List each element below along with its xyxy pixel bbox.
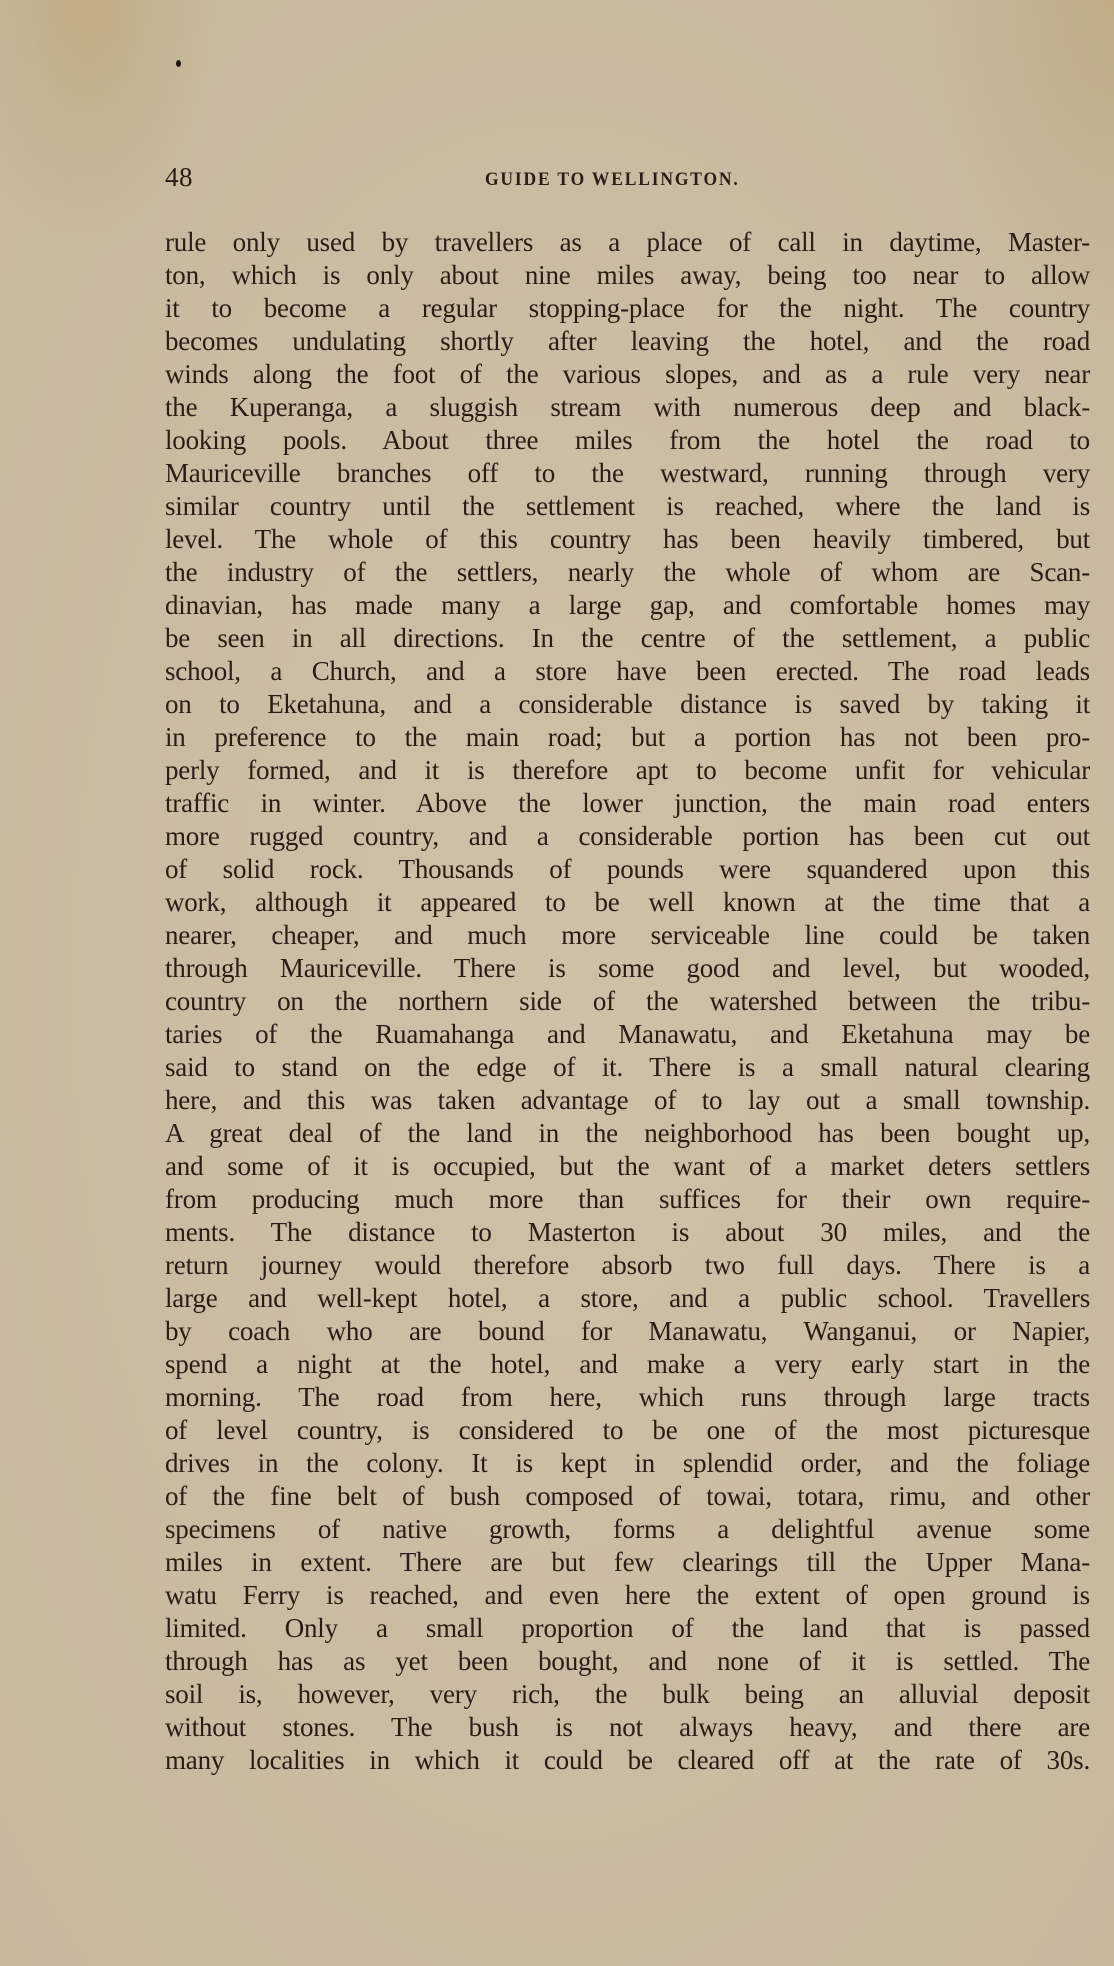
text-line: traffic in winter. Above the lower junct…	[165, 787, 1090, 820]
text-line: of solid rock. Thousands of pounds were …	[165, 853, 1090, 886]
text-line: without stones. The bush is not always h…	[165, 1711, 1090, 1744]
text-line: on to Eketahuna, and a considerable dist…	[165, 688, 1090, 721]
text-line: specimens of native growth, forms a deli…	[165, 1513, 1090, 1546]
text-line: ton, which is only about nine miles away…	[165, 259, 1090, 292]
text-line: and some of it is occupied, but the want…	[165, 1150, 1090, 1183]
text-line: large and well-kept hotel, a store, and …	[165, 1282, 1090, 1315]
text-line: nearer, cheaper, and much more serviceab…	[165, 919, 1090, 952]
text-line: many localities in which it could be cle…	[165, 1744, 1090, 1777]
text-line: said to stand on the edge of it. There i…	[165, 1051, 1090, 1084]
text-line: Mauriceville branches off to the westwar…	[165, 457, 1090, 490]
text-line: through Mauriceville. There is some good…	[165, 952, 1090, 985]
text-line: dinavian, has made many a large gap, and…	[165, 589, 1090, 622]
running-title: GUIDE TO WELLINGTON.	[485, 169, 740, 191]
text-line: rule only used by travellers as a place …	[165, 226, 1090, 259]
text-line: similar country until the settlement is …	[165, 490, 1090, 523]
text-line: school, a Church, and a store have been …	[165, 655, 1090, 688]
text-line: watu Ferry is reached, and even here the…	[165, 1579, 1090, 1612]
text-line: of the fine belt of bush composed of tow…	[165, 1480, 1090, 1513]
text-line: ments. The distance to Masterton is abou…	[165, 1216, 1090, 1249]
book-page: 48 GUIDE TO WELLINGTON. rule only used b…	[0, 0, 1114, 1966]
page-number: 48	[165, 162, 193, 193]
text-line: spend a night at the hotel, and make a v…	[165, 1348, 1090, 1381]
text-line: from producing much more than suffices f…	[165, 1183, 1090, 1216]
text-line: through has as yet been bought, and none…	[165, 1645, 1090, 1678]
text-line: by coach who are bound for Manawatu, Wan…	[165, 1315, 1090, 1348]
text-line: becomes undulating shortly after leaving…	[165, 325, 1090, 358]
text-line: soil is, however, very rich, the bulk be…	[165, 1678, 1090, 1711]
text-line: more rugged country, and a considerable …	[165, 820, 1090, 853]
body-text: rule only used by travellers as a place …	[165, 226, 1090, 1777]
text-line: morning. The road from here, which runs …	[165, 1381, 1090, 1414]
text-line: miles in extent. There are but few clear…	[165, 1546, 1090, 1579]
text-line: work, although it appeared to be well kn…	[165, 886, 1090, 919]
text-line: here, and this was taken advantage of to…	[165, 1084, 1090, 1117]
text-line: in preference to the main road; but a po…	[165, 721, 1090, 754]
text-line: drives in the colony. It is kept in sple…	[165, 1447, 1090, 1480]
text-line: it to become a regular stopping-place fo…	[165, 292, 1090, 325]
running-head: 48 GUIDE TO WELLINGTON.	[165, 162, 1090, 198]
text-line: return journey would therefore absorb tw…	[165, 1249, 1090, 1282]
text-line: looking pools. About three miles from th…	[165, 424, 1090, 457]
text-line: of level country, is considered to be on…	[165, 1414, 1090, 1447]
text-line: be seen in all directions. In the centre…	[165, 622, 1090, 655]
text-line: taries of the Ruamahanga and Manawatu, a…	[165, 1018, 1090, 1051]
text-line: country on the northern side of the wate…	[165, 985, 1090, 1018]
text-line: winds along the foot of the various slop…	[165, 358, 1090, 391]
text-line: the Kuperanga, a sluggish stream with nu…	[165, 391, 1090, 424]
text-line: A great deal of the land in the neighbor…	[165, 1117, 1090, 1150]
text-line: limited. Only a small proportion of the …	[165, 1612, 1090, 1645]
text-line: perly formed, and it is therefore apt to…	[165, 754, 1090, 787]
text-line: the industry of the settlers, nearly the…	[165, 556, 1090, 589]
text-line: level. The whole of this country has bee…	[165, 523, 1090, 556]
ink-speck	[176, 60, 181, 67]
